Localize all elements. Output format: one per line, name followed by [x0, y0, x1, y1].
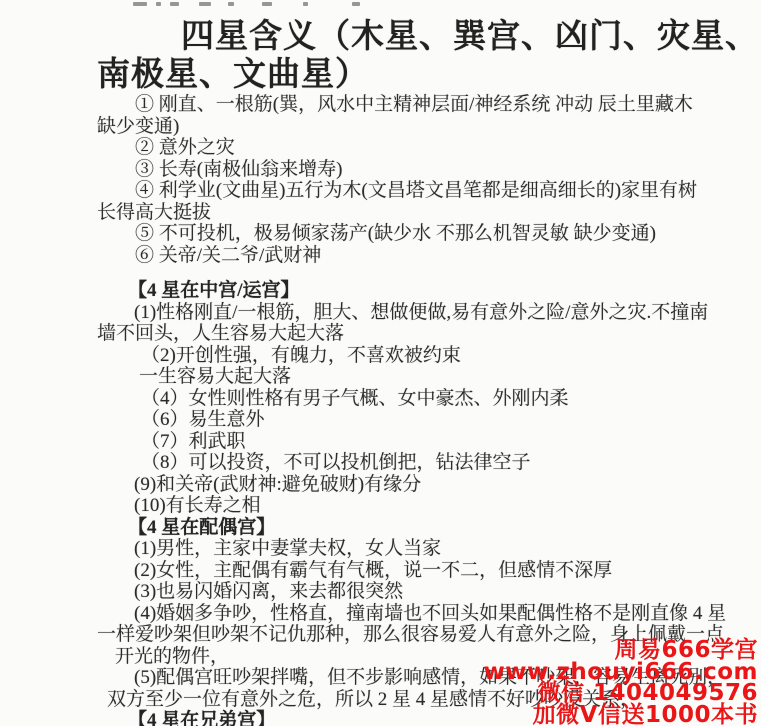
text-line: ⑤ 不可投机，极易倾家荡产(缺少水 不那么机智灵敏 缺少变通) [97, 223, 755, 245]
watermark: 周易666学宫 www.zhouyi666.com 微信 1404049576 … [484, 640, 758, 726]
scanned-document-page: 四星含义（木星、巽宫、凶门、灾星、 南极星、文曲星） ① 刚直、一根筋(巽，风水… [0, 0, 761, 726]
text-line: （4）女性则性格有男子气概、女中豪杰、外刚内柔 [97, 388, 755, 410]
text-line: ⑥ 关帝/关二爷/武财神 [97, 245, 755, 267]
text-line: 缺少变通) [97, 116, 755, 138]
text-line: 一生容易大起大落 [97, 366, 755, 388]
text-line: （7）利武职 [97, 431, 755, 453]
document-title: 四星含义（木星、巽宫、凶门、灾星、 南极星、文曲星） [97, 18, 755, 94]
text-line: (4)婚姻多争吵，性格直，撞南墙也不回头如果配偶性格不是刚直像 4 星 [97, 603, 755, 625]
document-title-line-2: 南极星、文曲星） [97, 56, 755, 94]
document-body: ① 刚直、一根筋(巽，风水中主精神层面/神经系统 冲动 辰土里藏木缺少变通)② … [97, 94, 755, 726]
text-line: （2)开创性强，有魄力，不喜欢被约束 [97, 345, 755, 367]
text-line: (9)和关帝(武财神:避免破财)有缘分 [97, 474, 755, 496]
text-line: (10)有长寿之相 [97, 495, 755, 517]
text-line: (1)性格刚直/一根筋，胆大、想做便做,易有意外之险/意外之灾.不撞南 [97, 302, 755, 324]
text-line: 长得高大挺拔 [97, 202, 755, 224]
text-line: (1)男性，主家中妻掌夫权，女人当家 [97, 538, 755, 560]
text-line: ① 刚直、一根筋(巽，风水中主精神层面/神经系统 冲动 辰土里藏木 [97, 94, 755, 116]
text-line: ④ 利学业(文曲星)五行为木(文昌塔文昌笔都是细高细长的)家里有树 [97, 180, 755, 202]
text-line: (3)也易闪婚闪离，来去都很突然 [97, 581, 755, 603]
text-line: （8）可以投资，不可以投机倒把，钻法律空子 [97, 452, 755, 474]
text-line: （6）易生意外 [97, 409, 755, 431]
text-line: 墙不回头，人生容易大起大落 [97, 323, 755, 345]
text-line: (2)女性，主配偶有霸气有气概，说一不二，但感情不深厚 [97, 560, 755, 582]
document-title-line-1: 四星含义（木星、巽宫、凶门、灾星、 [97, 18, 755, 56]
text-line: ③ 长寿(南极仙翁来增寿) [97, 159, 755, 181]
watermark-promo: 加微V信送1000本书 [484, 705, 758, 726]
text-line: ② 意外之灾 [97, 137, 755, 159]
clipped-text-fragment [0, 0, 761, 8]
section-heading: 【4 星在中宫/运宫】 [97, 280, 755, 302]
section-heading: 【4 星在配偶宫】 [97, 517, 755, 539]
